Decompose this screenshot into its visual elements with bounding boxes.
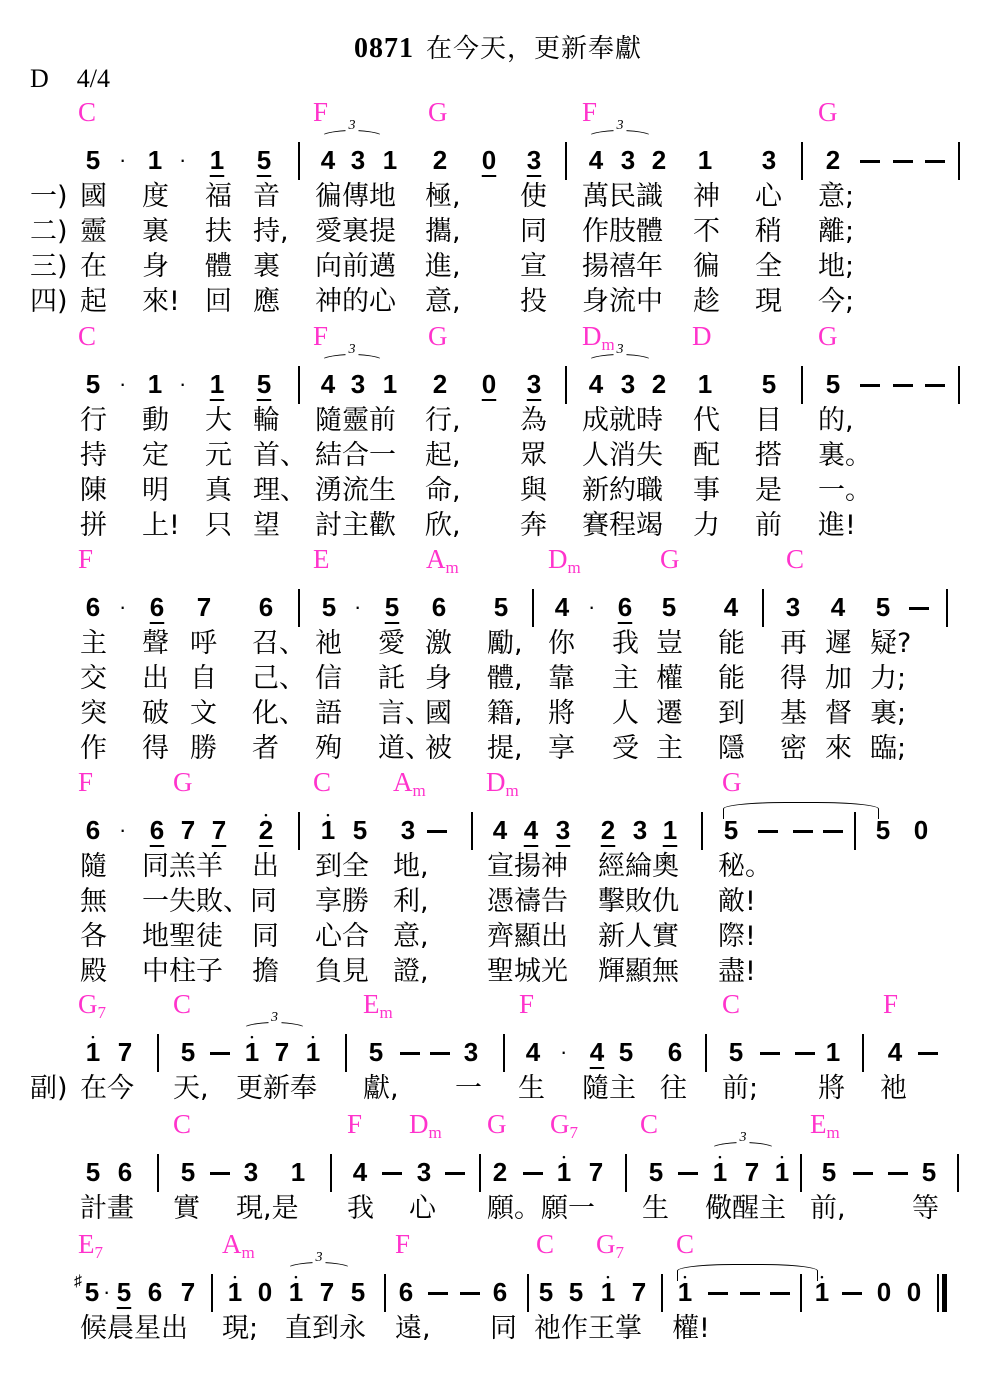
barline (503, 1034, 505, 1072)
chord-symbol: G (660, 545, 680, 573)
sustain-dash (853, 1172, 873, 1175)
lyric: 齊顯出 (487, 920, 568, 954)
note: 1 (695, 370, 715, 398)
note: 1 (145, 370, 165, 398)
note: 5 (659, 593, 679, 621)
time-signature: 4/4 (77, 64, 110, 93)
note: 2 (823, 146, 843, 174)
lyric: 將 (548, 697, 575, 731)
lyric: 揚禧年 (582, 250, 663, 284)
note: 4 (318, 370, 338, 398)
chord-symbol: G (722, 768, 742, 796)
lyric: 臨; (870, 732, 906, 766)
lyric: 遷 (656, 697, 683, 731)
lyric: 前; (722, 1072, 758, 1106)
sustain-dash (760, 1052, 780, 1055)
chord-symbol: C (173, 990, 191, 1018)
chord-symbol: E (313, 545, 330, 573)
lyric: 動 (142, 404, 169, 438)
note: 3 (630, 816, 650, 844)
lyric: 同 (520, 215, 547, 249)
note: 5 (819, 1158, 839, 1186)
song-name: 在今天，更新奉獻 (426, 34, 642, 64)
lyric: 靠 (548, 662, 575, 696)
note: 1 (380, 146, 400, 174)
sustain-dash (382, 1172, 402, 1175)
lyric: 福 (205, 180, 232, 214)
note: 0 (904, 1278, 924, 1306)
note: 7 (115, 1038, 135, 1066)
note: 1• (598, 1278, 618, 1306)
barline (625, 1154, 627, 1192)
sustain-dash (893, 160, 913, 163)
chord-symbol: C (313, 768, 331, 796)
sustain-dash (758, 830, 778, 833)
note: 4 (828, 593, 848, 621)
lyric: 籍, (487, 697, 523, 731)
triplet-bracket: 3 (587, 354, 653, 369)
chord-symbol: C (676, 1230, 694, 1258)
lyric: 出 (142, 662, 169, 696)
note: 5 (366, 1038, 386, 1066)
note: 3 (783, 593, 803, 621)
lyric: 回 (205, 285, 232, 319)
barline (957, 1154, 959, 1192)
note: 1• (710, 1158, 730, 1186)
note: 7 (178, 1278, 198, 1306)
sustain-dash (678, 1172, 698, 1175)
sustain-dash (430, 1052, 450, 1055)
note: 7 (629, 1278, 649, 1306)
lyric: 現 (755, 285, 782, 319)
chord-symbol: F (78, 768, 93, 796)
tie-slur (677, 1264, 818, 1281)
lyric: 證, (393, 955, 429, 989)
lyric: 享 (548, 732, 575, 766)
lyric: 生 (642, 1192, 669, 1226)
note: 2• (256, 816, 276, 844)
barline (661, 1274, 663, 1312)
lyric: 等 (912, 1192, 939, 1226)
lyric: 破 (142, 697, 169, 731)
lyric: 陳 (80, 474, 107, 508)
lyric: 新人實 (598, 920, 679, 954)
lyric: 到全 (315, 850, 369, 884)
lyric: 能 (718, 662, 745, 696)
lyric: 身 (142, 250, 169, 284)
lyric: 行, (425, 404, 461, 438)
lyric: 憑禱告 (487, 885, 568, 919)
lyric: 各 (80, 920, 107, 954)
note: 1 (660, 816, 680, 844)
lyric: 是 (755, 474, 782, 508)
tie-slur (723, 802, 879, 819)
lyric: 作 (80, 732, 107, 766)
lyric: 作肢體 (582, 215, 663, 249)
lyric: 輝顯無 (598, 955, 679, 989)
chord-symbol: C (78, 98, 96, 126)
lyric: 目 (755, 404, 782, 438)
lyric: 道、 (378, 732, 432, 766)
lyric: 起 (80, 285, 107, 319)
barline (527, 1274, 529, 1312)
lyric: 應 (253, 285, 280, 319)
sustain-dash (909, 607, 929, 610)
verse-label: 四) (30, 285, 68, 319)
verse-label: 二) (30, 215, 68, 249)
note: 6 (429, 593, 449, 621)
note: 6 (145, 1278, 165, 1306)
note: 1 (695, 146, 715, 174)
note: 5 (566, 1278, 586, 1306)
barline (298, 366, 300, 404)
chord-symbol: G (818, 322, 838, 350)
chord-symbol: Am (393, 768, 426, 805)
lyric: 權 (656, 662, 683, 696)
barline (157, 1154, 159, 1192)
sustain-dash (523, 1172, 543, 1175)
note: 7 (317, 1278, 337, 1306)
lyric: 來! (142, 285, 180, 319)
lyric: 意, (425, 285, 461, 319)
note: 5 (491, 593, 511, 621)
augmentation-dot: · (354, 593, 361, 621)
barline (862, 1034, 864, 1072)
note: 0 (911, 816, 931, 844)
lyric: 命, (425, 474, 461, 508)
note: 1• (675, 1278, 695, 1306)
note: 5 (616, 1038, 636, 1066)
lyric: 同 (490, 1312, 517, 1346)
note: 7 (586, 1158, 606, 1186)
sustain-dash (860, 160, 880, 163)
song-title: 0871在今天，更新奉獻 (0, 28, 996, 65)
lyric: 負見 (315, 955, 369, 989)
lyric: 盡! (718, 955, 756, 989)
note: 3 (553, 816, 573, 844)
lyric: 經綸奧 (598, 850, 679, 884)
lyric: 身 (425, 662, 452, 696)
sustain-dash (770, 1292, 790, 1295)
barline (298, 142, 300, 180)
lyric: 萬民識 (582, 180, 663, 214)
lyric: 心 (755, 180, 782, 214)
lyric: 起, (425, 439, 461, 473)
barline (384, 1274, 386, 1312)
chord-symbol: Dm (409, 1110, 442, 1147)
lyric: 再 (780, 627, 807, 661)
note: 1 (207, 370, 227, 398)
augmentation-dot: · (179, 146, 186, 174)
final-barline-thin (937, 1274, 939, 1312)
triplet-bracket: 3 (286, 1262, 352, 1277)
lyric: 隨主 (582, 1072, 636, 1106)
lyric: 身流中 (582, 285, 663, 319)
lyric: 權! (672, 1312, 710, 1346)
barline (345, 1034, 347, 1072)
triplet-bracket: 3 (710, 1142, 776, 1157)
augmentation-dot: · (179, 370, 186, 398)
lyric: 中柱子 (142, 955, 223, 989)
lyric: 得 (142, 732, 169, 766)
lyric: 心合 (315, 920, 369, 954)
lyric: 愛 (378, 627, 405, 661)
verse-label: 副) (30, 1072, 68, 1106)
augmentation-dot: · (119, 370, 126, 398)
note: 3 (524, 146, 544, 174)
chord-symbol: C (722, 990, 740, 1018)
lyric: 大 (205, 404, 232, 438)
lyric: 一。 (818, 474, 872, 508)
note: 5 (536, 1278, 556, 1306)
note: 1• (812, 1278, 832, 1306)
barline (762, 589, 764, 627)
augmentation-dot: · (103, 1278, 110, 1306)
note: 3 (524, 370, 544, 398)
lyric: 真 (205, 474, 232, 508)
lyric: 新約職 (582, 474, 663, 508)
lyric: 密 (780, 732, 807, 766)
lyric: 進! (818, 509, 856, 543)
note: 2 (649, 146, 669, 174)
lyric: 一 (455, 1072, 482, 1106)
note: 5 (178, 1158, 198, 1186)
lyric: 祂 (315, 627, 342, 661)
barline (298, 812, 300, 850)
note: 5 (873, 593, 893, 621)
lyric: 化、 (252, 697, 306, 731)
lyric: 進, (425, 250, 461, 284)
chord-symbol: G (818, 98, 838, 126)
note: 1• (286, 1278, 306, 1306)
barline (946, 589, 948, 627)
note: 1• (318, 816, 338, 844)
chord-symbol: F (582, 98, 597, 126)
lyric: 力 (693, 509, 720, 543)
note: 3 (461, 1038, 481, 1066)
lyric: 事 (693, 474, 720, 508)
high-octave-dot: • (554, 1152, 574, 1162)
lyric: 文 (190, 697, 217, 731)
lyric: 天, (173, 1072, 209, 1106)
sustain-dash (893, 384, 913, 387)
lyric: 祂 (880, 1072, 907, 1106)
note: 5 (348, 1278, 368, 1306)
lyric: 上! (142, 509, 180, 543)
lyric: 徧 (693, 250, 720, 284)
lyric: 同羔羊 (142, 850, 223, 884)
lyric: 望 (253, 509, 280, 543)
barline (565, 366, 567, 404)
sustain-dash (400, 1052, 420, 1055)
lyric: 一失敗、同 (142, 885, 277, 919)
sustain-dash (823, 830, 843, 833)
lyric: 無 (80, 885, 107, 919)
note: 5 (382, 593, 402, 621)
note: 6 (615, 593, 635, 621)
augmentation-dot: · (560, 1038, 567, 1066)
lyric: 基 (780, 697, 807, 731)
lyric: 配 (693, 439, 720, 473)
chord-symbol: G7 (550, 1110, 578, 1147)
note: 5 (721, 816, 741, 844)
chord-symbol: G (428, 322, 448, 350)
note: 6 (147, 816, 167, 844)
augmentation-dot: · (119, 816, 126, 844)
lyric: 擔 (252, 955, 279, 989)
lyric: 激 (425, 627, 452, 661)
high-octave-dot: • (598, 1272, 618, 1282)
note: 2 (430, 146, 450, 174)
lyric: 地, (393, 850, 429, 884)
lyric: 不 (693, 215, 720, 249)
lyric: 聲 (142, 627, 169, 661)
lyric: 前 (755, 509, 782, 543)
lyric: 我 (612, 627, 639, 661)
lyric: 利, (393, 885, 429, 919)
note: 4 (586, 146, 606, 174)
lyric: 實 (173, 1192, 200, 1226)
lyric: 音 (253, 180, 280, 214)
barline (532, 589, 534, 627)
note: 5 (83, 1158, 103, 1186)
lyric: 遠, (395, 1312, 431, 1346)
lyric: 豈 (656, 627, 683, 661)
barline (298, 589, 300, 627)
lyric: 拼 (80, 509, 107, 543)
triplet-bracket: 3 (320, 354, 384, 369)
lyric: 語 (315, 697, 342, 731)
chord-symbol: Dm (548, 545, 581, 582)
note: 2 (430, 370, 450, 398)
lyric: 奔 (520, 509, 547, 543)
lyric: 裏。 (818, 439, 872, 473)
chord-symbol: G (173, 768, 193, 796)
note: 5 (823, 370, 843, 398)
lyric: 地聖徒 (142, 920, 223, 954)
lyric: 己、 (252, 662, 306, 696)
lyric: 你 (548, 627, 575, 661)
lyric: 自 (190, 662, 217, 696)
lyric: 首、 (253, 439, 307, 473)
lyric: 代 (693, 404, 720, 438)
lyric: 離; (818, 215, 854, 249)
lyric: 人消失 (582, 439, 663, 473)
chord-symbol: F (313, 98, 328, 126)
lyric: 體, (487, 662, 523, 696)
chord-symbol: F (347, 1110, 362, 1138)
lyric: 攜, (425, 215, 461, 249)
note: 4 (523, 1038, 543, 1066)
barline (330, 1154, 332, 1192)
barline (565, 142, 567, 180)
lyric: 扶 (205, 215, 232, 249)
lyric: 候晨星出 (80, 1312, 188, 1346)
lyric: 定 (142, 439, 169, 473)
chord-symbol: F (395, 1230, 410, 1258)
sustain-dash (860, 384, 880, 387)
lyric: 殉 (315, 732, 342, 766)
triplet-bracket: 3 (242, 1022, 307, 1037)
sustain-dash (210, 1052, 230, 1055)
note: 6 (396, 1278, 416, 1306)
lyric: 度 (142, 180, 169, 214)
sustain-dash (445, 1172, 465, 1175)
barline (471, 812, 473, 850)
note: 5 (254, 146, 274, 174)
key-signature: D4/4 (30, 64, 138, 94)
lyric: 人 (612, 697, 639, 731)
lyric: 持 (80, 439, 107, 473)
note: 5 (83, 146, 103, 174)
lyric: 的, (818, 404, 854, 438)
chord-symbol: G (428, 98, 448, 126)
chord-symbol: C (78, 322, 96, 350)
note: 3 (348, 370, 368, 398)
note: 2 (649, 370, 669, 398)
key-label: D (30, 64, 49, 93)
barline (958, 142, 960, 180)
lyric: 欣, (425, 509, 461, 543)
chord-symbol: F (78, 545, 93, 573)
note: 1• (83, 1038, 103, 1066)
barline (211, 1274, 213, 1312)
lyric: 敵! (718, 885, 756, 919)
lyric: 愛裏提 (315, 215, 396, 249)
lyric: 際! (718, 920, 756, 954)
note: 4 (586, 370, 606, 398)
lyric: 理、 (253, 474, 307, 508)
lyric: 出 (252, 850, 279, 884)
lyric: 主 (80, 627, 107, 661)
lyric: 投 (520, 285, 547, 319)
lyric: 裏 (253, 250, 280, 284)
lyric: 言、 (378, 697, 432, 731)
note: 1 (380, 370, 400, 398)
note: 0 (479, 146, 499, 174)
lyric: 行 (80, 404, 107, 438)
note: 0 (874, 1278, 894, 1306)
note: 1• (554, 1158, 574, 1186)
note: 0 (479, 370, 499, 398)
lyric: 被 (425, 732, 452, 766)
lyric: 稍 (755, 215, 782, 249)
sustain-dash (740, 1292, 760, 1295)
lyric: 我 (347, 1192, 374, 1226)
lyric: 心 (409, 1192, 436, 1226)
lyric: 突 (80, 697, 107, 731)
augmentation-dot: · (588, 593, 595, 621)
note: 6 (83, 816, 103, 844)
lyric: 討主歡 (315, 509, 396, 543)
lyric: 督 (825, 697, 852, 731)
sustain-dash (793, 830, 813, 833)
lyric: 神的心 (315, 285, 396, 319)
chord-symbol: G (487, 1110, 507, 1138)
lyric: 聖城光 (487, 955, 568, 989)
chord-symbol: Dm (486, 768, 519, 805)
barline (705, 1034, 707, 1072)
lyric: 計畫 (80, 1192, 134, 1226)
lyric: 意; (818, 180, 854, 214)
high-octave-dot: • (318, 810, 338, 820)
chord-symbol: Am (222, 1230, 255, 1267)
lyric: 隨 (80, 850, 107, 884)
chord-symbol: F (313, 322, 328, 350)
lyric: 持, (253, 215, 289, 249)
lyric: 裏; (870, 697, 906, 731)
lyric: 前, (810, 1192, 846, 1226)
